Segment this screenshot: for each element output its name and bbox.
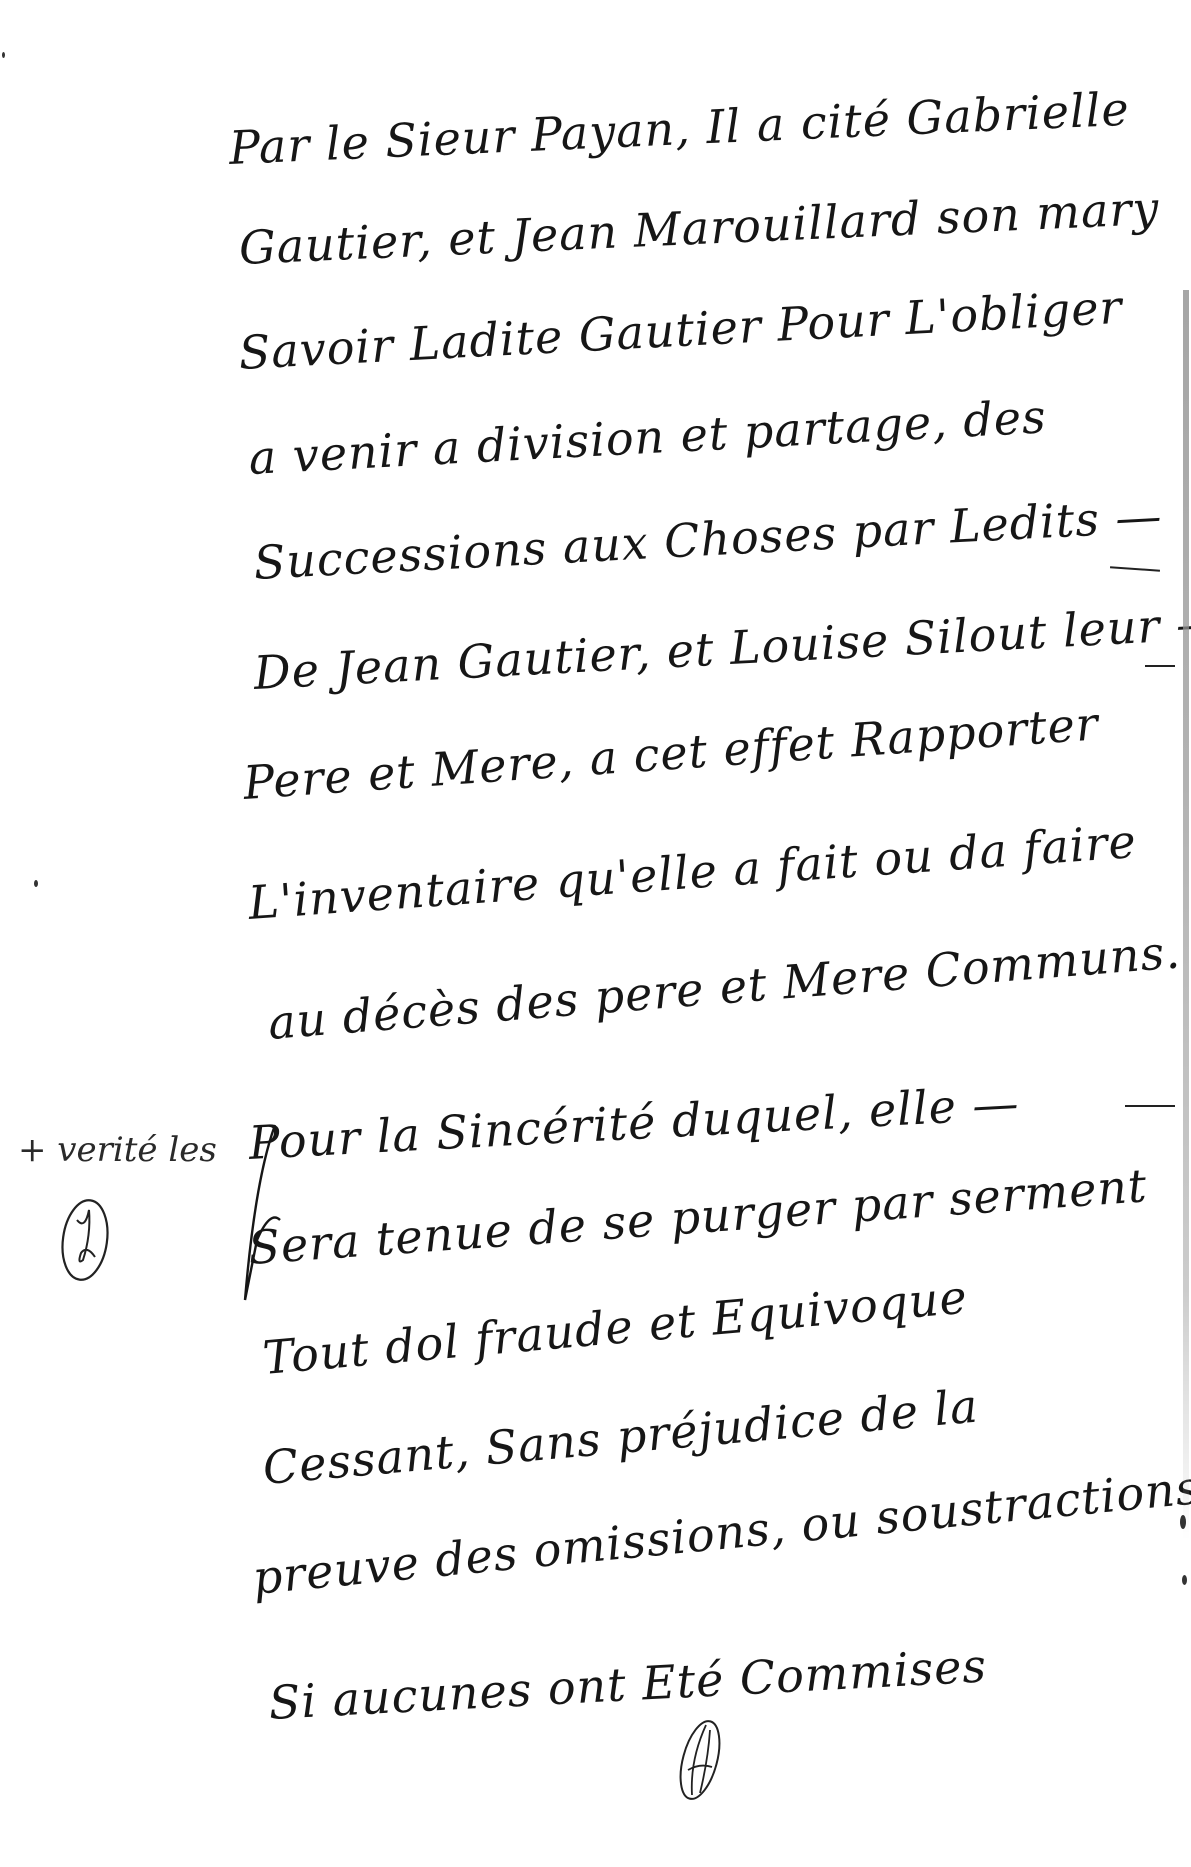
margin-annotation: + verité les: [18, 1130, 217, 1170]
manuscript-line-7: Pere et Mere, a cet effet Rapporter: [242, 700, 1100, 806]
manuscript-line-3: Savoir Ladite Gautier Pour L'obliger: [238, 284, 1124, 376]
scan-speck: [1180, 1515, 1186, 1529]
manuscript-line-8: L'inventaire qu'elle a fait ou da faire: [247, 818, 1138, 926]
line-end-dash: [1145, 665, 1175, 667]
manuscript-page: Par le Sieur Payan, Il a cité Gabrielle …: [0, 0, 1191, 1867]
manuscript-line-9: au décès des pere et Mere Communs.: [266, 928, 1182, 1046]
scan-speck: [34, 880, 38, 887]
scan-speck: [1182, 1575, 1187, 1585]
manuscript-line-5: Successions aux Choses par Ledits —: [253, 492, 1164, 586]
manuscript-line-13: Cessant, Sans préjudice de la: [261, 1383, 980, 1491]
manuscript-line-6: De Jean Gautier, et Louise Silout leur —: [253, 599, 1191, 696]
manuscript-line-12: Tout dol fraude et Equivoque: [261, 1274, 969, 1381]
margin-paraph-icon: [55, 1195, 115, 1285]
manuscript-line-4: a venir a division et partage, des: [248, 393, 1048, 481]
line-end-dash: [1125, 1105, 1175, 1107]
manuscript-line-1: Par le Sieur Payan, Il a cité Gabrielle: [228, 86, 1130, 171]
long-descender-flourish: [235, 1120, 295, 1310]
manuscript-line-11: Sera tenue de se purger par serment: [247, 1162, 1149, 1271]
line-end-dash: [1110, 566, 1160, 571]
manuscript-line-14: preuve des omissions, ou soustractions: [251, 1464, 1191, 1601]
page-binding-edge: [1183, 290, 1189, 1540]
manuscript-line-10: Pour la Sincérité duquel, elle —: [248, 1080, 1021, 1166]
manuscript-line-2: Gautier, et Jean Marouillard son mary: [238, 185, 1160, 271]
signature-paraph-icon: [670, 1715, 730, 1805]
manuscript-line-15: Si aucunes ont Eté Commises: [268, 1642, 988, 1726]
scan-speck: [2, 52, 5, 58]
